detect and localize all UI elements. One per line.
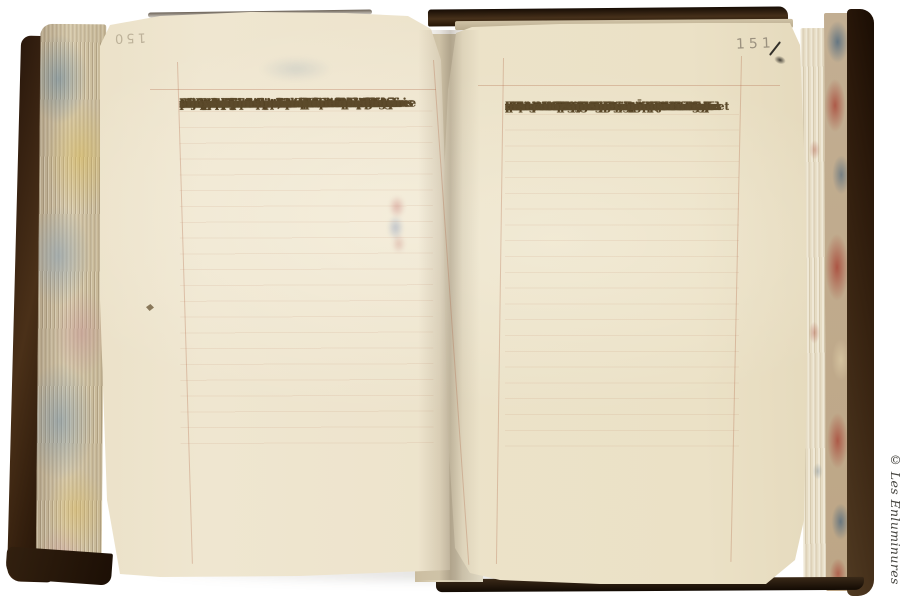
marbled-fore-edge-left bbox=[36, 24, 107, 577]
text-line: la seculoz amen bbox=[505, 99, 603, 115]
text-line: et exemplo sine elatione obediētē bbox=[179, 96, 394, 113]
ink-mark bbox=[765, 39, 789, 67]
ruling-line-top-right-page bbox=[478, 85, 780, 86]
ruling-line-top-left-page bbox=[150, 89, 436, 90]
ink-smudge bbox=[248, 52, 344, 86]
manuscript-book-photo: moneat apud te uel abducat a te Nulli pl… bbox=[0, 0, 923, 600]
left-page-text: moneat apud te uel abducat a te Nulli pl… bbox=[179, 96, 433, 446]
photo-credit: © Les Enluminures bbox=[888, 452, 903, 597]
right-leather-board bbox=[847, 9, 874, 596]
right-page-text: sine contradictione paciētem sine murmur… bbox=[505, 99, 739, 448]
folio-number-inverted: 150 bbox=[112, 29, 146, 45]
